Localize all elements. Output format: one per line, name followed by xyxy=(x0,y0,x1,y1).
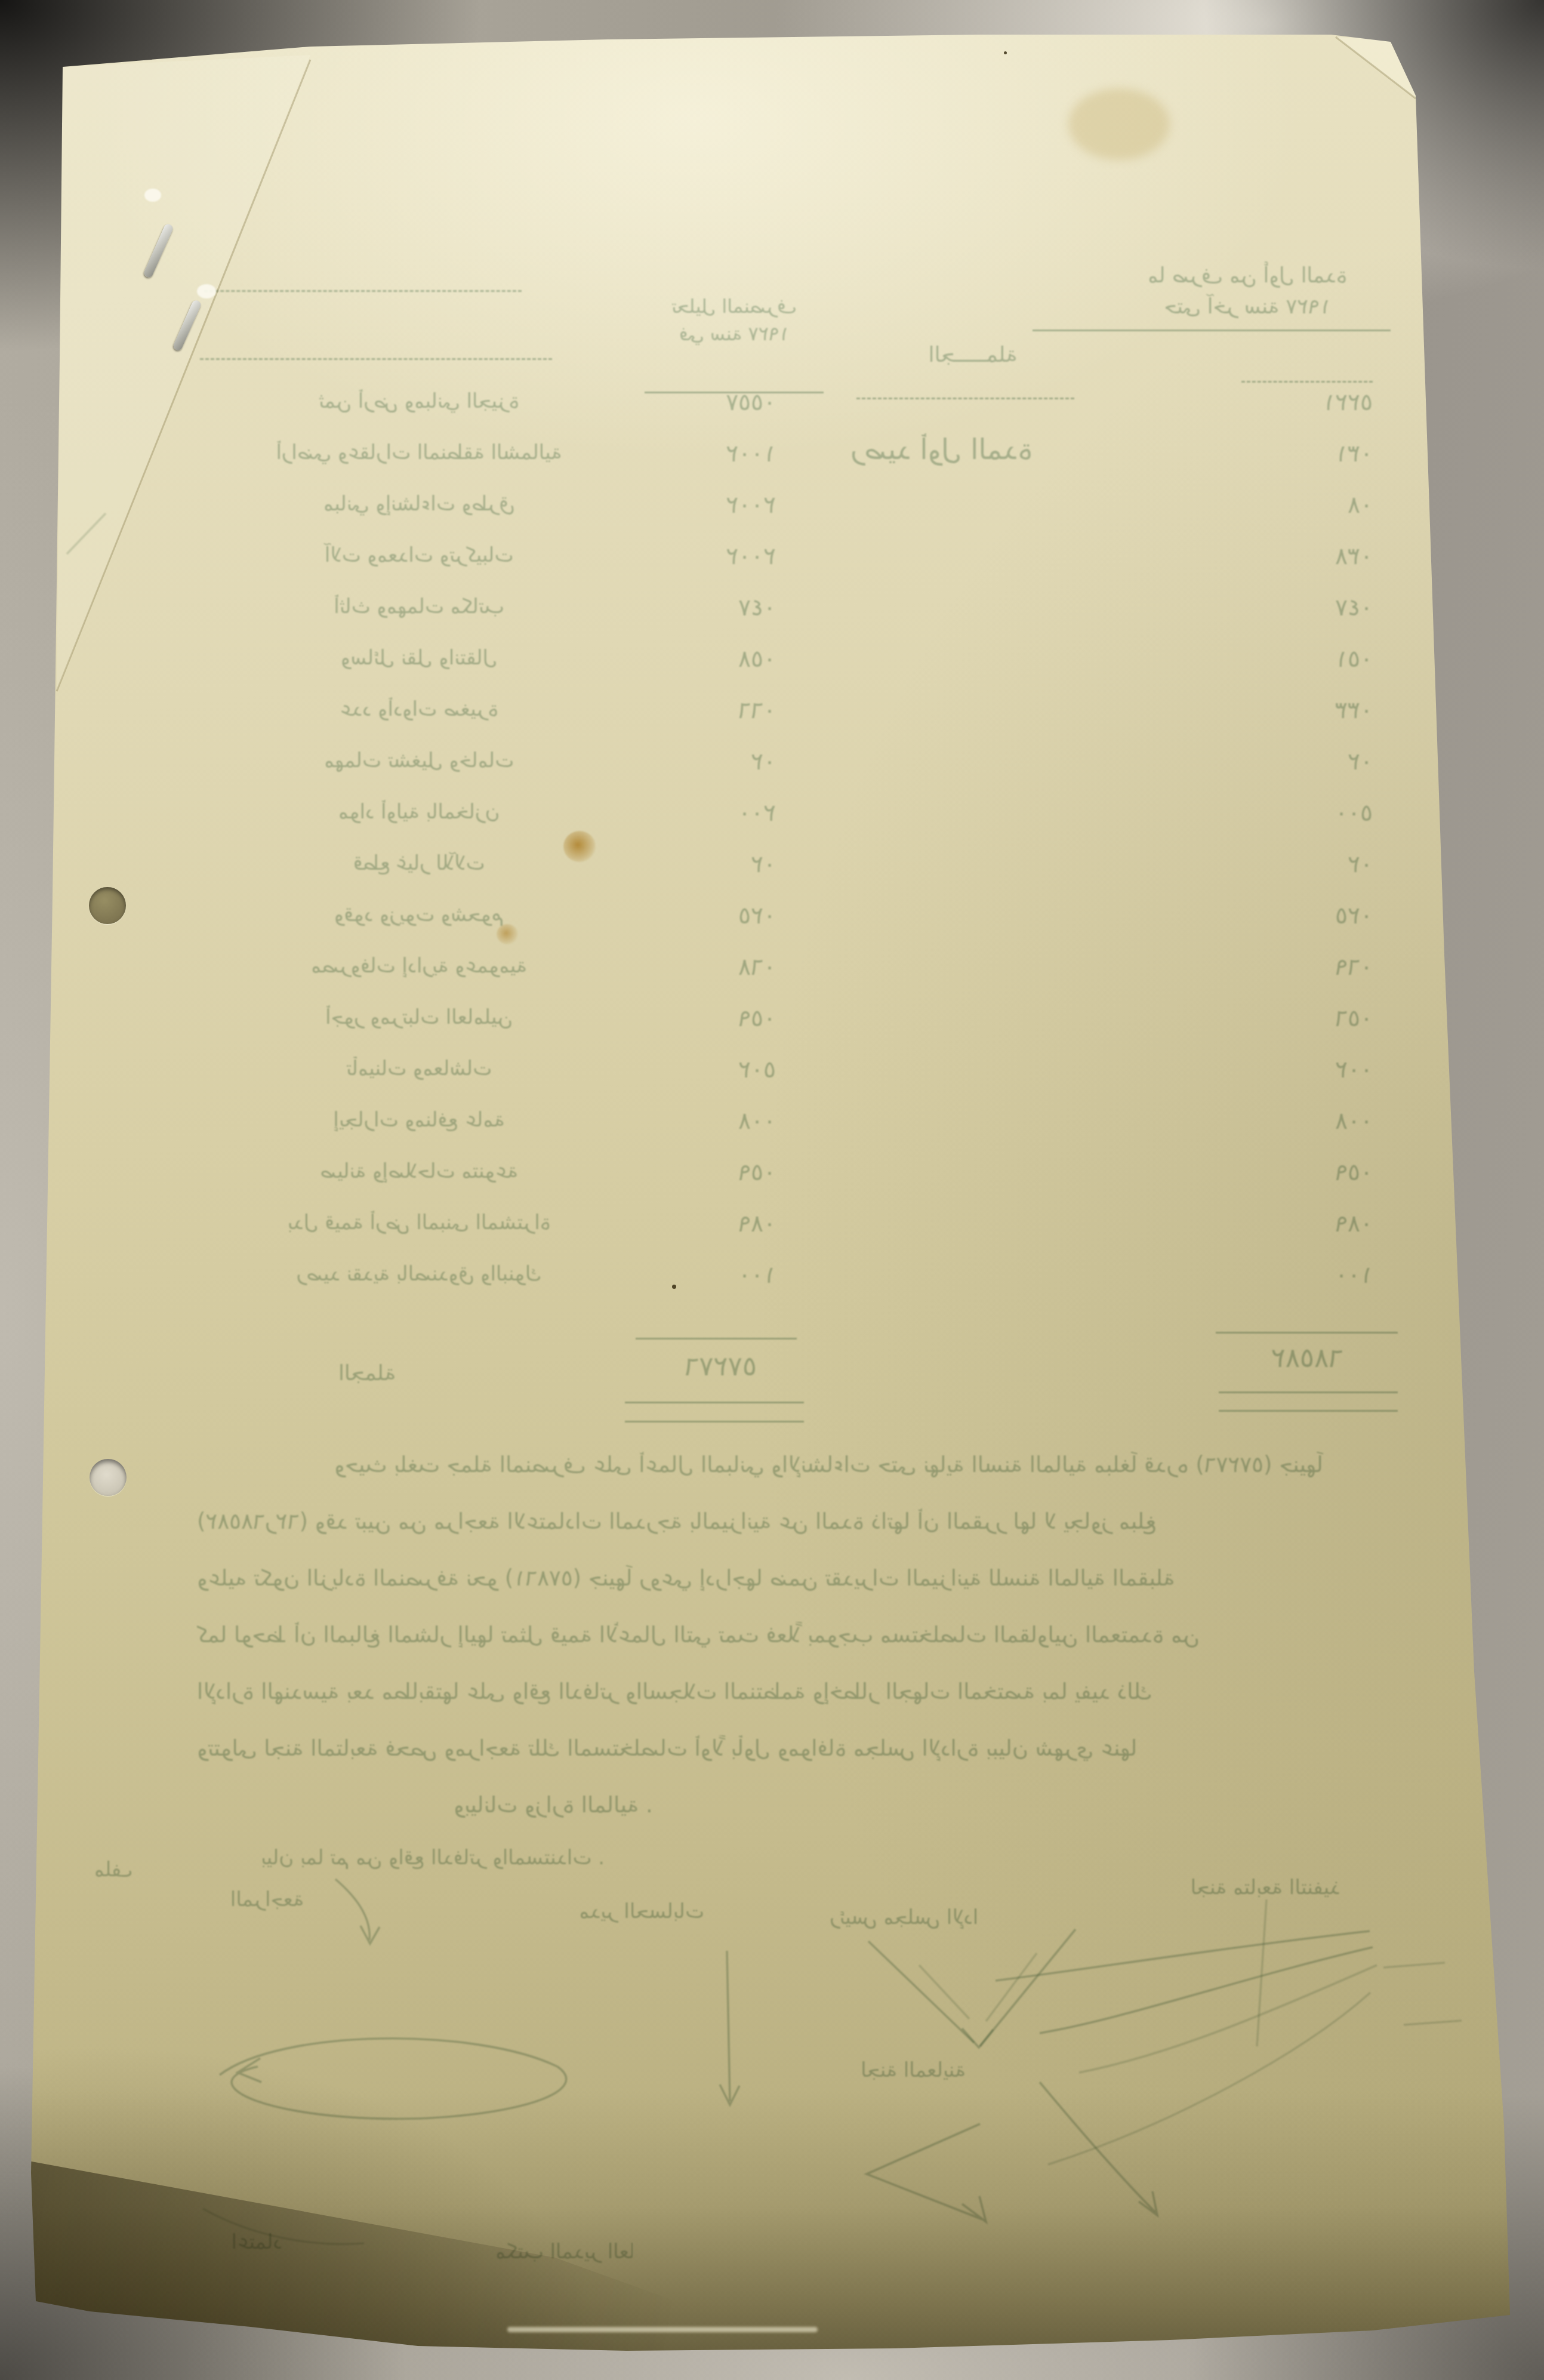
damp-stain xyxy=(1068,88,1170,160)
ink-speck xyxy=(1004,51,1007,54)
staple-tear-mark xyxy=(144,189,161,202)
sketch-strokes xyxy=(0,0,1544,2380)
rust-stain xyxy=(563,831,596,862)
ink-speck xyxy=(672,1285,676,1289)
scanned-page: ما صرف من أول المدة حتى آخر سنة ١٩٢٧ تحل… xyxy=(0,0,1544,2380)
paper-sheet: ما صرف من أول المدة حتى آخر سنة ١٩٢٧ تحل… xyxy=(0,0,1544,2380)
punch-hole-bottom xyxy=(90,1459,127,1496)
bottom-fold-edge-highlight xyxy=(507,2327,818,2332)
rust-stain xyxy=(497,924,518,944)
punch-hole-top xyxy=(89,887,126,924)
staple-tear-mark xyxy=(197,284,216,298)
